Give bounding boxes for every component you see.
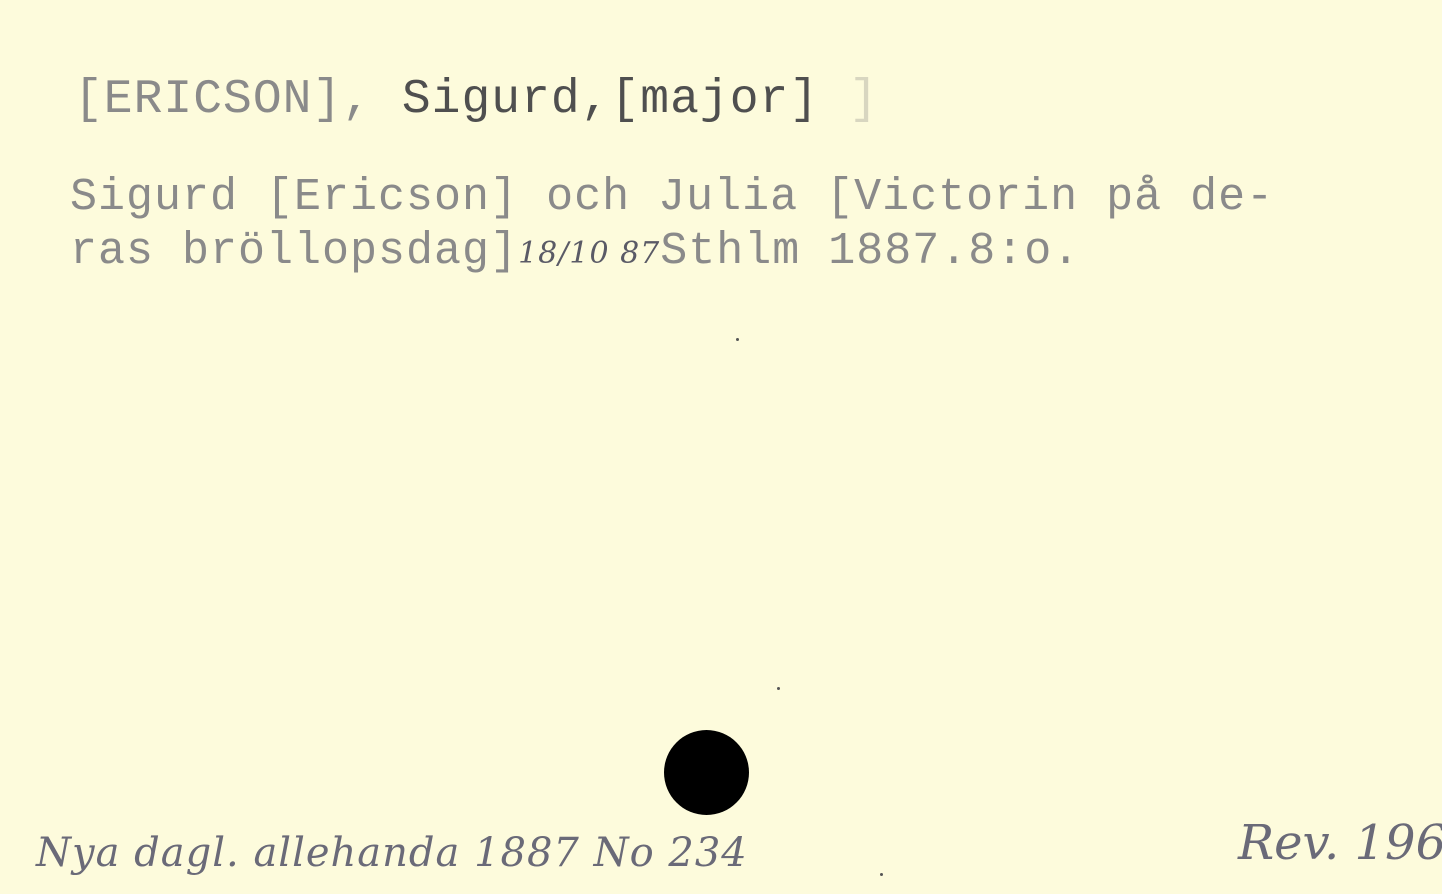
paper-speck [777,687,780,690]
paper-speck [736,338,739,341]
handwritten-source-note: Nya dagl. allehanda 1887 No 234 [36,830,748,876]
description-line-2-start: ras bröllopsdag] [70,226,518,277]
heading-given-name: Sigurd, [402,73,611,127]
description-line-2-end: Sthlm 1887.8:o. [660,226,1080,277]
heading-title: [major] [611,73,820,127]
description-line-2: ras bröllopsdag]18/10 87Sthlm 1887.8:o. [70,226,1080,280]
punch-hole [664,730,749,815]
heading-faded-bracket: ] [849,73,879,127]
description-line-1: Sigurd [Ericson] och Julia [Victorin på … [70,172,1274,224]
paper-speck [880,873,883,876]
heading-surname: [ERICSON], [74,73,372,127]
card-heading: [ERICSON], Sigurd,[major] ] [74,70,879,130]
handwritten-revision-note: Rev. 1969 [1238,815,1442,871]
handwritten-date: 18/10 87 [518,236,660,271]
catalog-card: [ERICSON], Sigurd,[major] ] Sigurd [Eric… [0,0,1442,894]
